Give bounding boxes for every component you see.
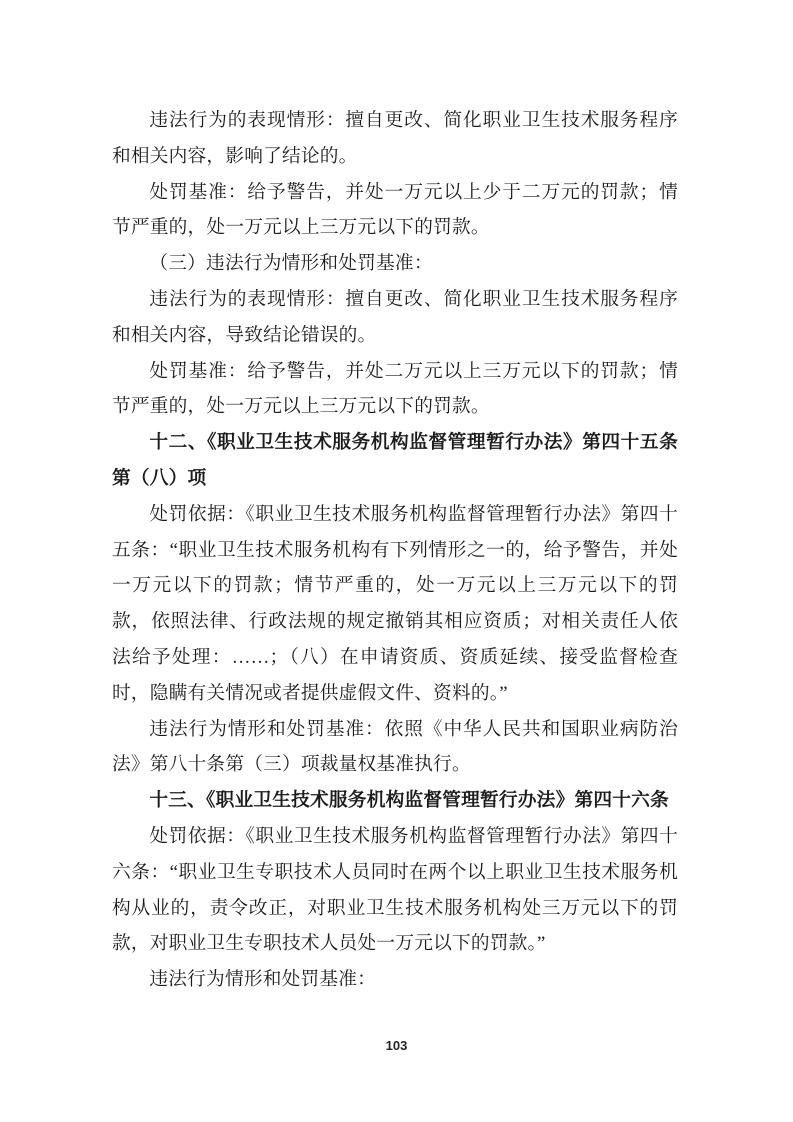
document-page: 违法行为的表现情形：擅自更改、简化职业卫生技术服务程序和相关内容，影响了结论的。… xyxy=(0,0,793,1122)
page-number: 103 xyxy=(0,1038,793,1053)
paragraph-violation-and-penalty-label: 违法行为情形和处罚基准： xyxy=(112,962,678,998)
paragraph-penalty-standard: 处罚基准：给予警告，并处一万元以上少于二万元的罚款；情节严重的，处一万元以上三万… xyxy=(112,175,678,247)
section-heading-13: 十三、《职业卫生技术服务机构监督管理暂行办法》第四十六条 xyxy=(112,783,678,819)
section-heading-12: 十二、《职业卫生技术服务机构监督管理暂行办法》第四十五条第（八）项 xyxy=(112,425,678,497)
paragraph-violation-and-penalty-reference: 违法行为情形和处罚基准：依照《中华人民共和国职业病防治法》第八十条第（三）项裁量… xyxy=(112,712,678,784)
paragraph-violation-situation: 违法行为的表现情形：擅自更改、简化职业卫生技术服务程序和相关内容，影响了结论的。 xyxy=(112,103,678,175)
paragraph-penalty-basis-article-45: 处罚依据：《职业卫生技术服务机构监督管理暂行办法》第四十五条：“职业卫生技术服务… xyxy=(112,497,678,712)
paragraph-subsection-3-label: （三）违法行为情形和处罚基准： xyxy=(112,246,678,282)
document-body: 违法行为的表现情形：擅自更改、简化职业卫生技术服务程序和相关内容，影响了结论的。… xyxy=(112,103,678,998)
paragraph-penalty-basis-article-46: 处罚依据：《职业卫生技术服务机构监督管理暂行办法》第四十六条：“职业卫生专职技术… xyxy=(112,819,678,962)
paragraph-penalty-standard: 处罚基准：给予警告，并处二万元以上三万元以下的罚款；情节严重的，处一万元以上三万… xyxy=(112,354,678,426)
paragraph-violation-situation: 违法行为的表现情形：擅自更改、简化职业卫生技术服务程序和相关内容，导致结论错误的… xyxy=(112,282,678,354)
